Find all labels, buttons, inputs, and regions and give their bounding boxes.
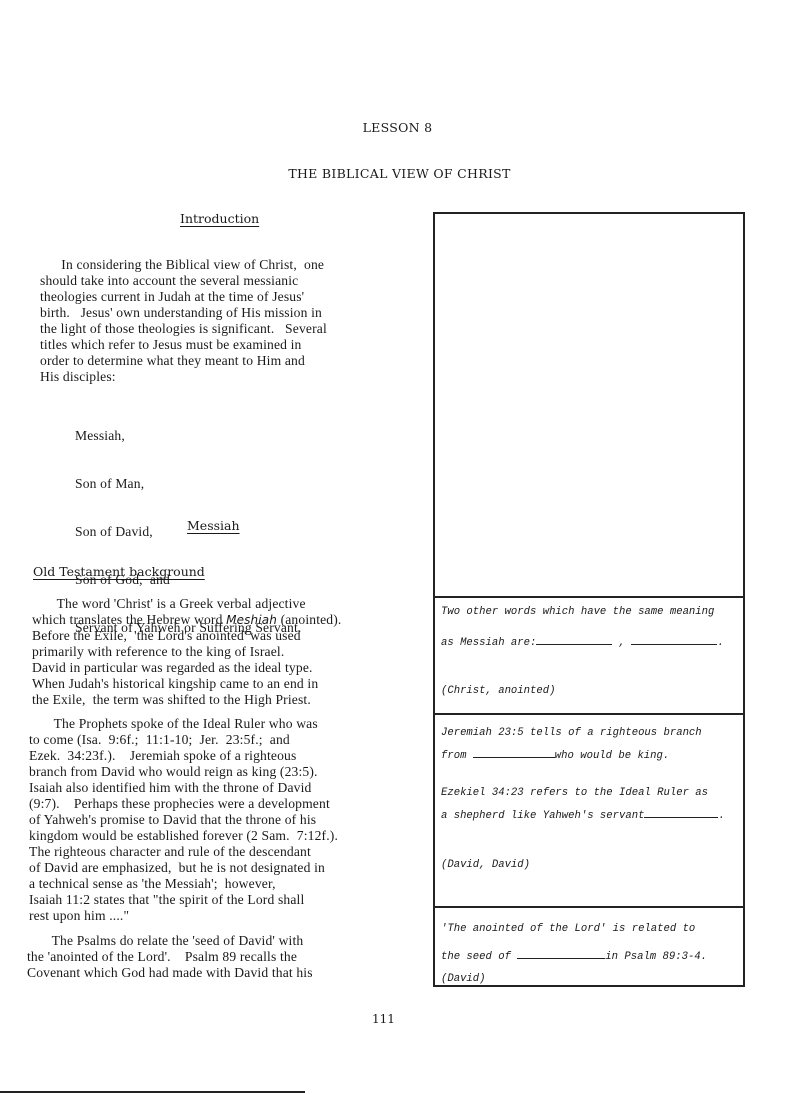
box-divider [435, 906, 743, 908]
answer-blank[interactable] [631, 634, 717, 645]
question-text-suffix: who would be king. [555, 750, 669, 762]
answer-blank[interactable] [517, 948, 605, 959]
old-testament-heading: Old Testament background [33, 564, 205, 579]
hebrew-term: Meshiah [226, 613, 277, 627]
answer-key: (Christ, anointed) [441, 685, 555, 697]
titles-list-item: Son of Man, [75, 476, 301, 492]
prophets-paragraph: The Prophets spoke of the Ideal Ruler wh… [29, 716, 338, 924]
question-text: from who would be king. [441, 747, 669, 762]
question-text: Ezekiel 34:23 refers to the Ideal Ruler … [441, 787, 708, 799]
page-number: 111 [372, 1012, 395, 1026]
lesson-number: LESSON 8 [0, 120, 797, 135]
question-text-prefix: a shepherd like Yahweh's servant [441, 810, 644, 822]
question-text-prefix: the seed of [441, 951, 517, 963]
page-edge-line [0, 1091, 305, 1093]
answer-blank[interactable] [473, 747, 555, 758]
question-text-prefix: from [441, 750, 473, 762]
study-question-box: Two other words which have the same mean… [433, 212, 745, 987]
question-text: Jeremiah 23:5 tells of a righteous branc… [441, 727, 702, 739]
question-text-suffix: in Psalm 89:3-4. [605, 951, 707, 963]
answer-key: (David, David) [441, 859, 530, 871]
christ-word-paragraph: The word 'Christ' is a Greek verbal adje… [32, 596, 341, 708]
titles-list-item: Messiah, [75, 428, 301, 444]
answer-blank[interactable] [644, 807, 718, 818]
question-text-prefix: as Messiah are: [441, 637, 536, 649]
separator: , [612, 637, 631, 649]
psalms-paragraph: The Psalms do relate the 'seed of David'… [27, 933, 313, 981]
box-divider [435, 596, 743, 598]
box-divider [435, 713, 743, 715]
page-title: THE BIBLICAL VIEW OF CHRIST [0, 166, 799, 181]
question-text: Two other words which have the same mean… [441, 606, 714, 618]
messiah-heading: Messiah [187, 518, 240, 533]
answer-key: (David) [441, 973, 486, 985]
period: . [717, 637, 723, 649]
intro-paragraph: In considering the Biblical view of Chri… [40, 257, 327, 385]
answer-blank[interactable] [536, 634, 612, 645]
question-text: as Messiah are: , . [441, 634, 724, 649]
question-text: 'The anointed of the Lord' is related to [441, 923, 695, 935]
question-text: the seed of in Psalm 89:3-4. [441, 948, 707, 963]
period: . [718, 810, 724, 822]
introduction-heading: Introduction [180, 211, 259, 226]
question-text: a shepherd like Yahweh's servant. [441, 807, 725, 822]
